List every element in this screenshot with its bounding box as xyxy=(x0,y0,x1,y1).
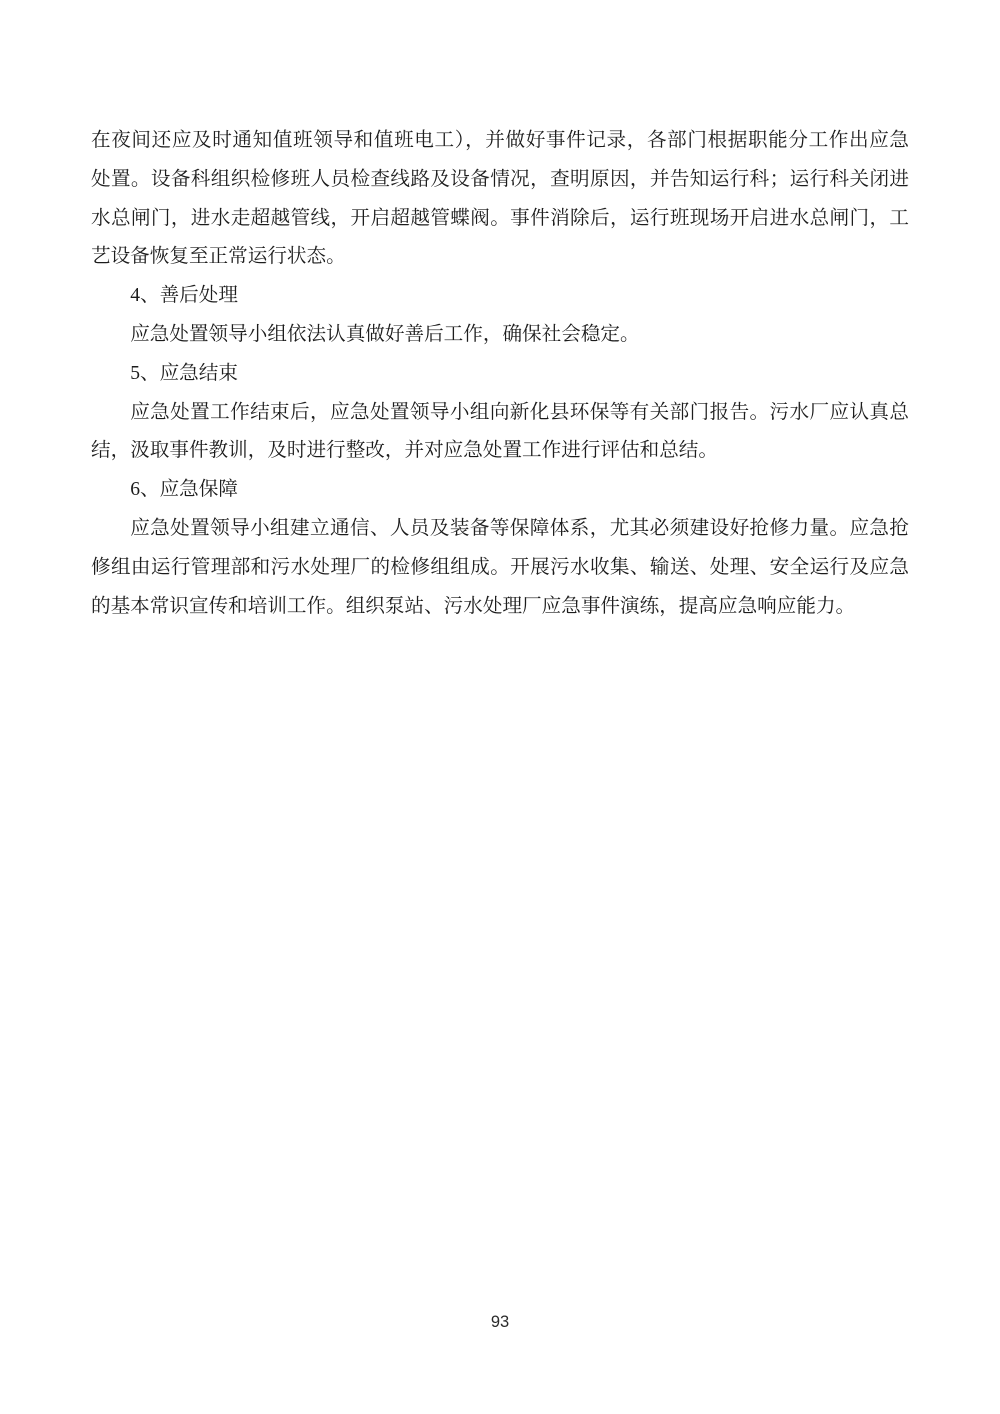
document-body: 在夜间还应及时通知值班领导和值班电工），并做好事件记录，各部门根据职能分工作出应… xyxy=(91,0,909,626)
text-line: 在夜间还应及时通知值班领导和值班电工），并做好事件记录，各部门根据职能分工作出应… xyxy=(91,122,909,161)
text-line: 4、善后处理 xyxy=(91,277,909,316)
text-line: 6、应急保障 xyxy=(91,471,909,510)
text-line: 的基本常识宣传和培训工作。组织泵站、污水处理厂应急事件演练，提高应急响应能力。 xyxy=(91,588,909,627)
text-line: 应急处置工作结束后，应急处置领导小组向新化县环保等有关部门报告。污水厂应认真总 xyxy=(91,394,909,433)
page-number: 93 xyxy=(0,1313,1000,1332)
text-line: 处置。设备科组织检修班人员检查线路及设备情况，查明原因，并告知运行科；运行科关闭… xyxy=(91,161,909,200)
text-line: 修组由运行管理部和污水处理厂的检修组组成。开展污水收集、输送、处理、安全运行及应… xyxy=(91,549,909,588)
text-line: 艺设备恢复至正常运行状态。 xyxy=(91,238,909,277)
text-line: 结，汲取事件教训，及时进行整改，并对应急处置工作进行评估和总结。 xyxy=(91,432,909,471)
text-line: 5、应急结束 xyxy=(91,355,909,394)
document-page: 在夜间还应及时通知值班领导和值班电工），并做好事件记录，各部门根据职能分工作出应… xyxy=(0,0,1000,1414)
text-line: 应急处置领导小组依法认真做好善后工作，确保社会稳定。 xyxy=(91,316,909,355)
text-line: 应急处置领导小组建立通信、人员及装备等保障体系，尤其必须建设好抢修力量。应急抢 xyxy=(91,510,909,549)
text-line: 水总闸门，进水走超越管线，开启超越管蝶阀。事件消除后，运行班现场开启进水总闸门，… xyxy=(91,200,909,239)
